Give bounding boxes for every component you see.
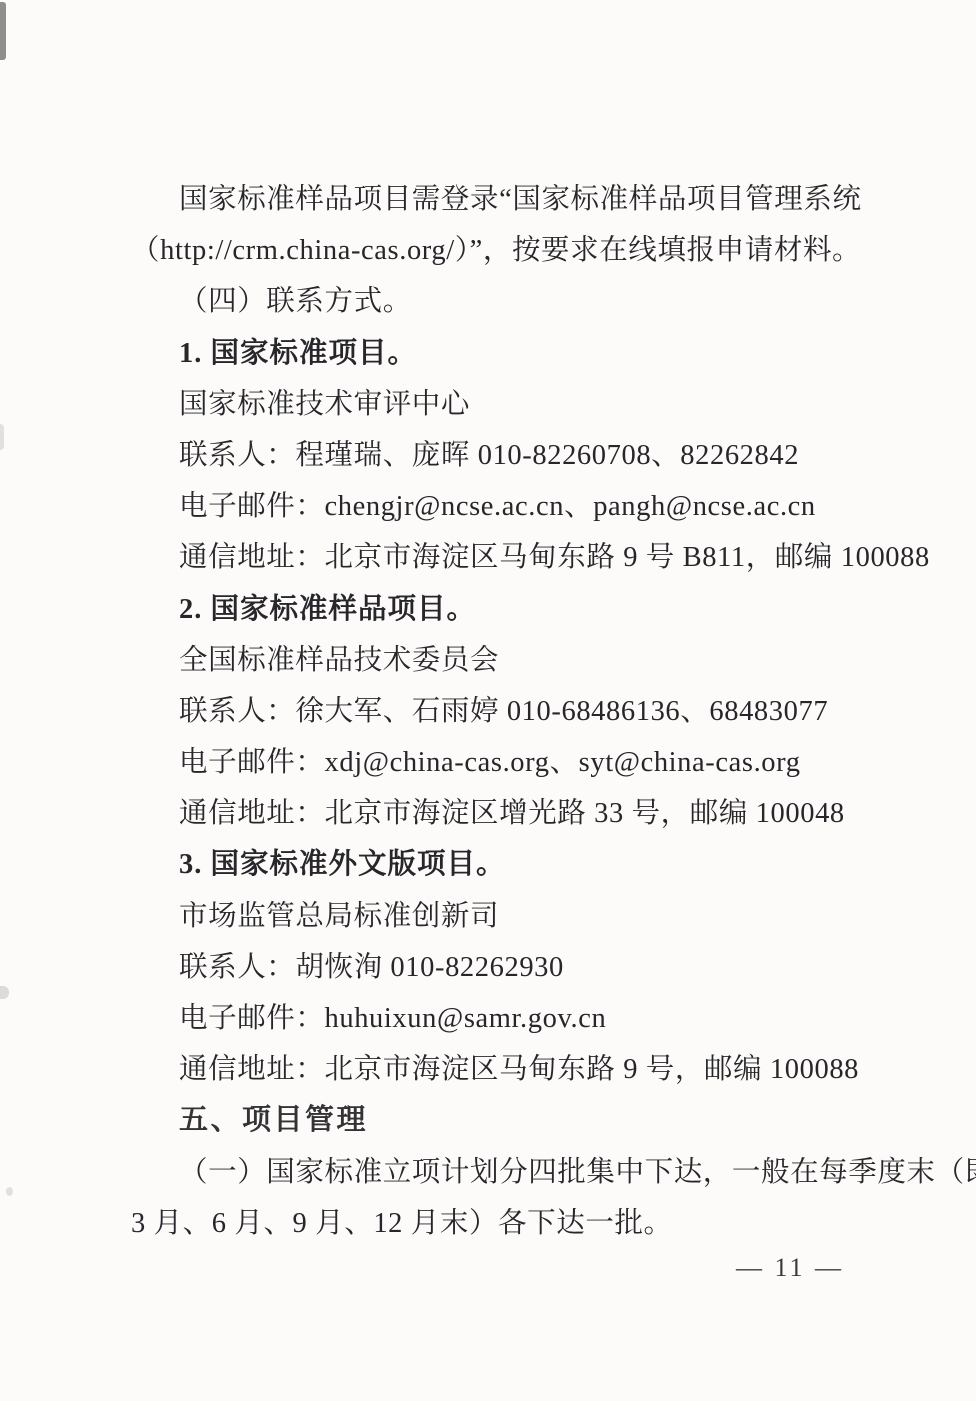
project-2-email-line: 电子邮件：xdj@china-cas.org、syt@china-cas.org [131, 737, 921, 788]
project-1-contact-line: 联系人：程瑾瑞、庞晖 010-82260708、82262842 [131, 430, 921, 481]
project-2-address-line: 通信地址：北京市海淀区增光路 33 号，邮编 100048 [131, 788, 921, 839]
page-number: — 11 — [736, 1250, 844, 1286]
document-body: 国家标准样品项目需登录“国家标准样品项目管理系统 （http://crm.chi… [131, 174, 921, 1249]
scan-artifact [0, 424, 4, 450]
document-page: 国家标准样品项目需登录“国家标准样品项目管理系统 （http://crm.chi… [0, 0, 976, 1401]
project-3-email-line: 电子邮件：huhuixun@samr.gov.cn [131, 993, 921, 1044]
project-3-heading: 3. 国家标准外文版项目。 [131, 839, 921, 890]
contact-section-heading: （四）联系方式。 [131, 276, 921, 327]
project-2-heading: 2. 国家标准样品项目。 [131, 584, 921, 635]
project-1-email-line: 电子邮件：chengjr@ncse.ac.cn、pangh@ncse.ac.cn [131, 481, 921, 532]
intro-line-2: （http://crm.china-cas.org/）”，按要求在线填报申请材料… [131, 225, 921, 276]
scan-artifact [6, 1187, 13, 1196]
management-para-line-2: 3 月、6 月、9 月、12 月末）各下达一批。 [131, 1198, 921, 1249]
project-1-heading: 1. 国家标准项目。 [131, 328, 921, 379]
intro-line-1: 国家标准样品项目需登录“国家标准样品项目管理系统 [131, 174, 921, 225]
project-3-address-line: 通信地址：北京市海淀区马甸东路 9 号，邮编 100088 [131, 1044, 921, 1095]
project-1-address-line: 通信地址：北京市海淀区马甸东路 9 号 B811，邮编 100088 [131, 532, 921, 583]
project-1-organization: 国家标准技术审评中心 [131, 379, 921, 430]
project-3-contact-line: 联系人：胡恢洵 010-82262930 [131, 942, 921, 993]
project-2-organization: 全国标准样品技术委员会 [131, 635, 921, 686]
project-3-organization: 市场监管总局标准创新司 [131, 891, 921, 942]
project-2-contact-line: 联系人：徐大军、石雨婷 010-68486136、68483077 [131, 686, 921, 737]
scan-artifact [0, 2, 6, 60]
management-para-line-1: （一）国家标准立项计划分四批集中下达，一般在每季度末（即 [131, 1147, 921, 1198]
management-section-heading: 五、项目管理 [131, 1095, 921, 1146]
scan-artifact [0, 986, 9, 999]
